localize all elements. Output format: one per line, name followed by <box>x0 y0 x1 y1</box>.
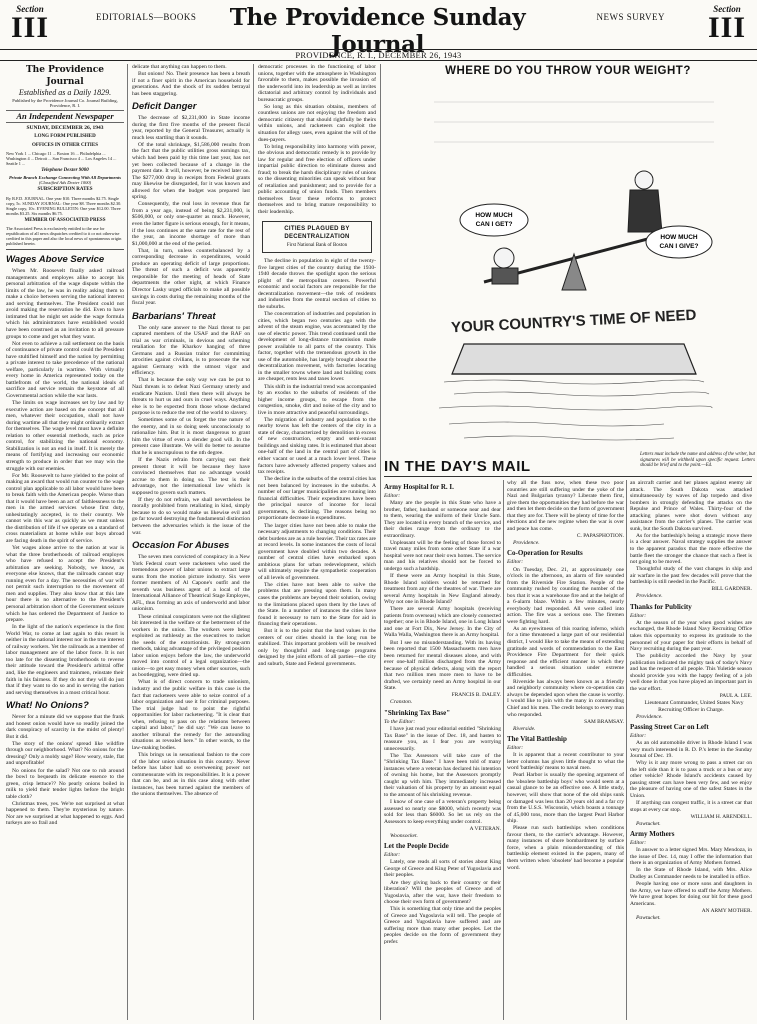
paragraph: But I see no misunderstanding. With its … <box>384 640 501 692</box>
paragraph: If the Nazis refrain from carrying out t… <box>132 457 250 496</box>
paragraph: If these were an Army hospital in this S… <box>384 573 501 606</box>
paragraph: On Tuesday, Dec. 21, at approximately on… <box>507 567 624 626</box>
editorial-heading: Barbarians' Threat <box>132 311 250 322</box>
paragraph: Christmas trees, yes. We're not surprise… <box>6 801 124 827</box>
letter-signature: PAUL A. LEE. <box>630 693 752 700</box>
letter-place: Pawtucket. <box>630 821 752 828</box>
section-marker-left: Section III <box>10 4 50 42</box>
salutation: Editor: <box>507 559 624 566</box>
svg-text:CAN I GIVE?: CAN I GIVE? <box>659 243 698 250</box>
paragraph: The limits on wage increases set by law … <box>6 400 124 472</box>
column-rule <box>253 64 254 1020</box>
letter-heading: Army Mothers <box>630 830 752 838</box>
paragraph: The publicity accorded the Navy by your … <box>630 653 752 692</box>
paragraph: Lately, one reads all sorts of stories a… <box>384 859 501 879</box>
svg-text:HOW MUCH: HOW MUCH <box>660 234 697 241</box>
reprint-heading-box: CITIES PLAGUED BY DECENTRALIZATION First… <box>262 221 372 254</box>
flag-classified: (Classified Ads Dexter 1000) <box>6 180 124 185</box>
letter-heading: "Shrinking Tax Base" <box>384 709 501 717</box>
flag-date: SUNDAY, DECEMBER 26, 1943 <box>6 125 124 132</box>
paragraph: Sometimes some of us forget the true nat… <box>132 417 250 456</box>
paragraph: In the light of the nation's experience … <box>6 624 124 696</box>
mail-section-note: Letters must include the name and addres… <box>640 452 755 469</box>
paragraph: As for the battleship's being a strategi… <box>630 533 752 566</box>
paragraph: If anything can congest traffic, it is a… <box>630 800 752 813</box>
paragraph: In answer to a letter signed Mrs. Mary M… <box>630 847 752 867</box>
editorial-heading: Wages Above Service <box>6 254 124 265</box>
section-label-left: EDITORIALS—BOOKS <box>96 12 196 22</box>
paragraph: This brings us in sensational fashion to… <box>132 752 250 798</box>
paragraph: But it is to the point that the land val… <box>258 628 376 667</box>
editorial-heading: Occasion For Abuses <box>132 540 250 551</box>
column-rule <box>626 480 627 1020</box>
paragraph: Pearl Harbor is usually the opening argu… <box>507 772 624 824</box>
column-rule <box>503 480 504 1020</box>
editorial-cartoon: WHERE DO YOU THROW YOUR WEIGHT? YOUR COU… <box>384 64 752 448</box>
section-number: III <box>10 14 50 42</box>
balloon-right: HOW MUCH CAN I GIVE? <box>646 226 712 258</box>
paragraph: I know of one case of a veteran's proper… <box>384 799 501 825</box>
paragraph: When Mr. Roosevelt finally asked railroa… <box>6 268 124 340</box>
svg-text:HOW MUCH: HOW MUCH <box>475 212 512 219</box>
paragraph: Thoughtful study of the vast changes in … <box>630 566 752 586</box>
paragraph: Why is it any more wrong to pass a stree… <box>630 760 752 799</box>
letter-place: Woonsocket. <box>384 833 501 840</box>
paragraph: The migration of industry and population… <box>258 417 376 476</box>
letter-heading: Co-Operation for Results <box>507 549 624 557</box>
salutation: Editor: <box>507 745 624 752</box>
paragraph: At the season of the year when good wish… <box>630 620 752 653</box>
paragraph: Please run such battleships when conditi… <box>507 825 624 871</box>
paragraph: Unpleasant will be the feeling of those … <box>384 540 501 573</box>
editorial-column-3: democratic processes in the functioning … <box>258 64 376 1020</box>
paragraph: This is something that only time and the… <box>384 906 501 945</box>
salutation: Editor: <box>630 840 752 847</box>
paragraph: Yet wages alone arrive to the nation at … <box>6 545 124 624</box>
paragraph: People having one or more sons and daugh… <box>630 881 752 907</box>
paragraph: why all the fuss now, when these two poo… <box>507 480 624 532</box>
paragraph: The decline in population in eight of th… <box>258 258 376 310</box>
letter-heading: Let the People Decide <box>384 842 501 850</box>
paragraph: To bring responsibility into harmony wit… <box>258 144 376 216</box>
mail-section-header: IN THE DAY'S MAIL <box>384 458 634 478</box>
paragraph: But onions! No. Their presence has been … <box>132 71 250 97</box>
salutation: Editor: <box>384 852 501 859</box>
column-rule <box>380 64 381 1020</box>
mail-column-2: why all the fuss now, when these two poo… <box>507 480 624 1020</box>
letter-signature: A VETERAN. <box>384 826 501 833</box>
svg-text:CAN I GET?: CAN I GET? <box>476 221 513 228</box>
flag-offices: New York 1 ... Chicago 11 ... Boston 16 … <box>6 151 124 166</box>
letter-place: Providence. <box>507 540 624 547</box>
letter-place: Pawtucket. <box>630 915 752 922</box>
paragraph: The only sane answer to the Nazi threat … <box>132 325 250 377</box>
paragraph: This shift in the industrial trend was a… <box>258 384 376 417</box>
mail-column-3: an aircraft carrier and her planes again… <box>630 480 752 1020</box>
salutation: To the Editor: <box>384 719 501 726</box>
letter-signature: SAM BRAMSAY. <box>507 719 624 726</box>
letter-heading: The Vital Battleship <box>507 735 624 743</box>
paragraph: Consequently, the real loss in revenue t… <box>132 201 250 247</box>
editorial-column-1: The Providence Journal Established as a … <box>6 64 124 1020</box>
svg-text:YOUR COUNTRY'S TIME OF NEED: YOUR COUNTRY'S TIME OF NEED <box>451 307 697 337</box>
flag-established: Established as a Daily 1829. <box>6 88 124 98</box>
paragraph: It is apparent that a recent contributor… <box>507 752 624 772</box>
letter-signature: FRANCIS B. DALEY. <box>384 692 501 699</box>
letter-signer-title: Lieutenant Commander, United States Navy… <box>630 700 752 713</box>
letter-place: Providence. <box>630 714 752 721</box>
flag-subscription-heading: SUBSCRIPTION RATES <box>6 187 124 194</box>
paragraph: As an old automobile driver in Rhode Isl… <box>630 740 752 760</box>
cartoon-illustration: YOUR COUNTRY'S TIME OF NEED HOW MUCH CAN… <box>434 82 714 444</box>
paragraph: If they do not refrain, we shall neverth… <box>132 497 250 536</box>
section-label-right: NEWS SURVEY <box>596 12 665 22</box>
section-number: III <box>707 14 747 42</box>
flag-title: The Providence Journal <box>6 64 124 88</box>
letter-place: Cranston. <box>384 699 501 706</box>
letter-heading: Army Hospital for R. I. <box>384 483 501 491</box>
reprint-title: CITIES PLAGUED BY DECENTRALIZATION <box>266 225 368 241</box>
cartoon-title: WHERE DO YOU THROW YOUR WEIGHT? <box>384 64 752 78</box>
editorial-heading: What! No Onions? <box>6 700 124 711</box>
flag-offices-heading: OFFICES IN OTHER CITIES <box>6 143 124 150</box>
balloon-left: HOW MUCH CAN I GET? <box>460 204 528 236</box>
flag-long-form: LONG FORM PUBLISHED <box>6 134 124 141</box>
editorial-column-2: delicate that anything can happen to the… <box>132 64 250 1020</box>
paragraph: As an eyewitness of this roaring inferno… <box>507 626 624 678</box>
reprint-source: First National Bank of Boston <box>266 243 368 250</box>
paragraph: The seven men convicted of conspiracy in… <box>132 554 250 613</box>
letter-signature: C. PAPASPHOTION. <box>507 533 624 540</box>
paragraph: The decline in the suburbs of the centra… <box>258 476 376 522</box>
dateline: PROVIDENCE, R. I., DECEMBER 26, 1943 <box>0 49 757 61</box>
flag-member-heading: MEMBER OF ASSOCIATED PRESS <box>6 218 124 225</box>
salutation: Editor: <box>630 733 752 740</box>
paragraph: That is because the only way we can be p… <box>132 377 250 416</box>
flag-member-text: The Associated Press is exclusively enti… <box>6 226 124 246</box>
paragraph: For Mr. Roosevelt to have yielded to the… <box>6 473 124 545</box>
paragraph: In the State of Rhode Island, with Mrs. … <box>630 867 752 880</box>
column-rule <box>127 64 128 1020</box>
flag-rates: By R.F.D. JOURNAL. One year $10. Three m… <box>6 196 124 216</box>
flag-publisher: Published by the Providence Journal Co. … <box>6 98 124 108</box>
paragraph: These criminal conspirators were not the… <box>132 614 250 679</box>
letter-heading: Thanks for Publicity <box>630 603 752 611</box>
mail-column-1: Army Hospital for R. I. Editor: Many are… <box>384 480 501 1020</box>
paragraph: Many are the people in this State who ha… <box>384 500 501 539</box>
salutation: Editor: <box>630 613 752 620</box>
newspaper-flag: The Providence Journal Established as a … <box>6 64 124 250</box>
paragraph: The larger cities have not been able to … <box>258 523 376 582</box>
paragraph: I have just read your editorial entitled… <box>384 726 501 752</box>
letter-signature: BILL GARDNER. <box>630 586 752 593</box>
mail-rule <box>384 476 752 477</box>
section-marker-right: Section III <box>707 4 747 42</box>
paragraph: No onions for the salad? Not one to rub … <box>6 768 124 801</box>
paragraph: delicate that anything can happen to the… <box>132 64 250 71</box>
paragraph: Not even to achieve a rail settlement on… <box>6 341 124 400</box>
editorial-heading: Deficit Danger <box>132 101 250 112</box>
paragraph: The story of the onions' spread like wil… <box>6 741 124 767</box>
paragraph: democratic processes in the functioning … <box>258 64 376 103</box>
cartoon-sign: YOUR COUNTRY'S TIME OF NEED <box>451 307 697 337</box>
paragraph: Are they giving back to their country or… <box>384 880 501 906</box>
paragraph: There are several Army hospitals (receiv… <box>384 606 501 639</box>
masthead: Section III EDITORIALS—BOOKS The Provide… <box>0 0 757 48</box>
paragraph: Riverside has always been known as a fri… <box>507 679 624 718</box>
letter-signature: WILLIAM H. ARENDELL. <box>630 814 752 821</box>
paragraph: That, in turn, unless counterbalanced by… <box>132 248 250 307</box>
flag-independent: An Independent Newspaper <box>6 110 124 123</box>
letter-place: Providence. <box>630 593 752 600</box>
paragraph: Never for a minute did we suppose that t… <box>6 714 124 740</box>
paragraph: The Tax Assessors will take care of the … <box>384 753 501 799</box>
paragraph: Of the total shrinkage, $1,586,000 resul… <box>132 142 250 201</box>
paragraph: The cities have not been able to solve t… <box>258 582 376 628</box>
letter-signature: AN ARMY MOTHER. <box>630 908 752 915</box>
paragraph: The concentration of industries and popu… <box>258 311 376 383</box>
letter-place: Riverside. <box>507 726 624 733</box>
salutation: Editor: <box>384 493 501 500</box>
paragraph: So long as this situation obtains, membe… <box>258 104 376 143</box>
letter-heading: Passing Street Car on Left <box>630 723 752 731</box>
paragraph: The decrease of $2,231,000 in State inco… <box>132 115 250 141</box>
paragraph: What is of direct concern to trade union… <box>132 679 250 751</box>
paragraph: an aircraft carrier and her planes again… <box>630 480 752 532</box>
